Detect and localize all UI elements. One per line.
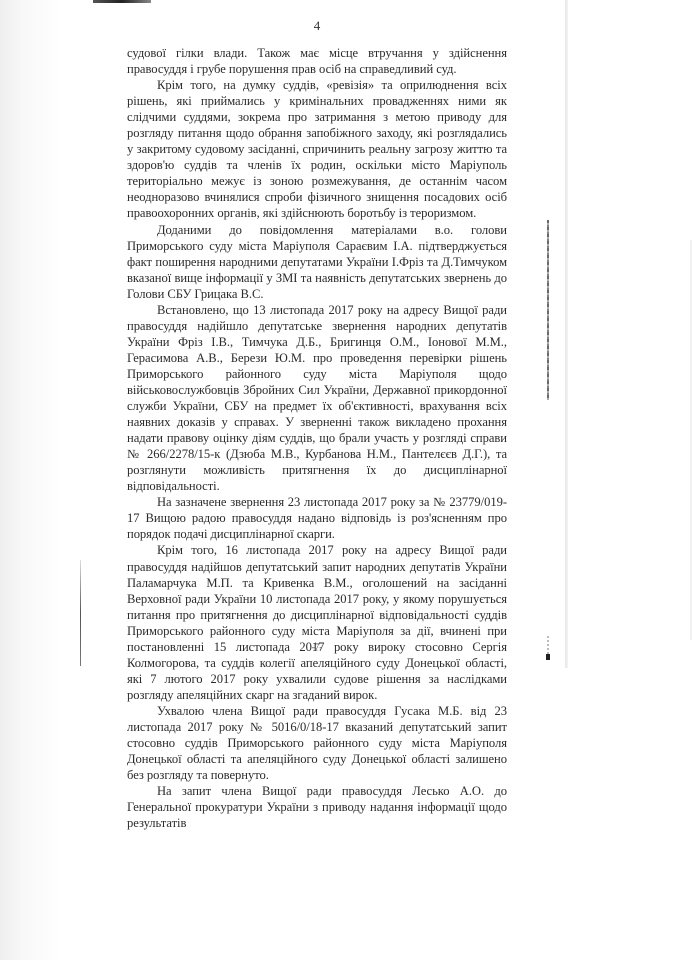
paragraph: Ухвалою члена Вищої ради правосуддя Гуса… [127, 703, 507, 783]
page-header-number: 4 [127, 18, 507, 34]
scan-artifact-right-blot [546, 654, 550, 660]
paragraph: На зазначене звернення 23 листопада 2017… [127, 494, 507, 542]
paragraph: судової гілки влади. Також має місце втр… [127, 45, 507, 77]
paper-edge [565, 0, 568, 668]
paragraph: Крім того, 16 листопада 2017 року на адр… [127, 542, 507, 702]
document-body: судової гілки влади. Також має місце втр… [127, 45, 507, 831]
scan-artifact-top-bar [93, 0, 151, 3]
paper-edge-secondary [690, 240, 692, 640]
scan-artifact-right-line [547, 220, 549, 400]
paragraph: Встановлено, що 13 листопада 2017 року н… [127, 302, 507, 495]
paragraph: На запит члена Вищої ради правосуддя Лес… [127, 783, 507, 831]
scan-artifact-left-line [80, 560, 81, 666]
paragraph: Крім того, на думку суддів, «ревізія» та… [127, 77, 507, 221]
paragraph: Доданими до повідомлення матеріалами в.о… [127, 222, 507, 302]
page-footer-number: -7- [127, 642, 507, 652]
